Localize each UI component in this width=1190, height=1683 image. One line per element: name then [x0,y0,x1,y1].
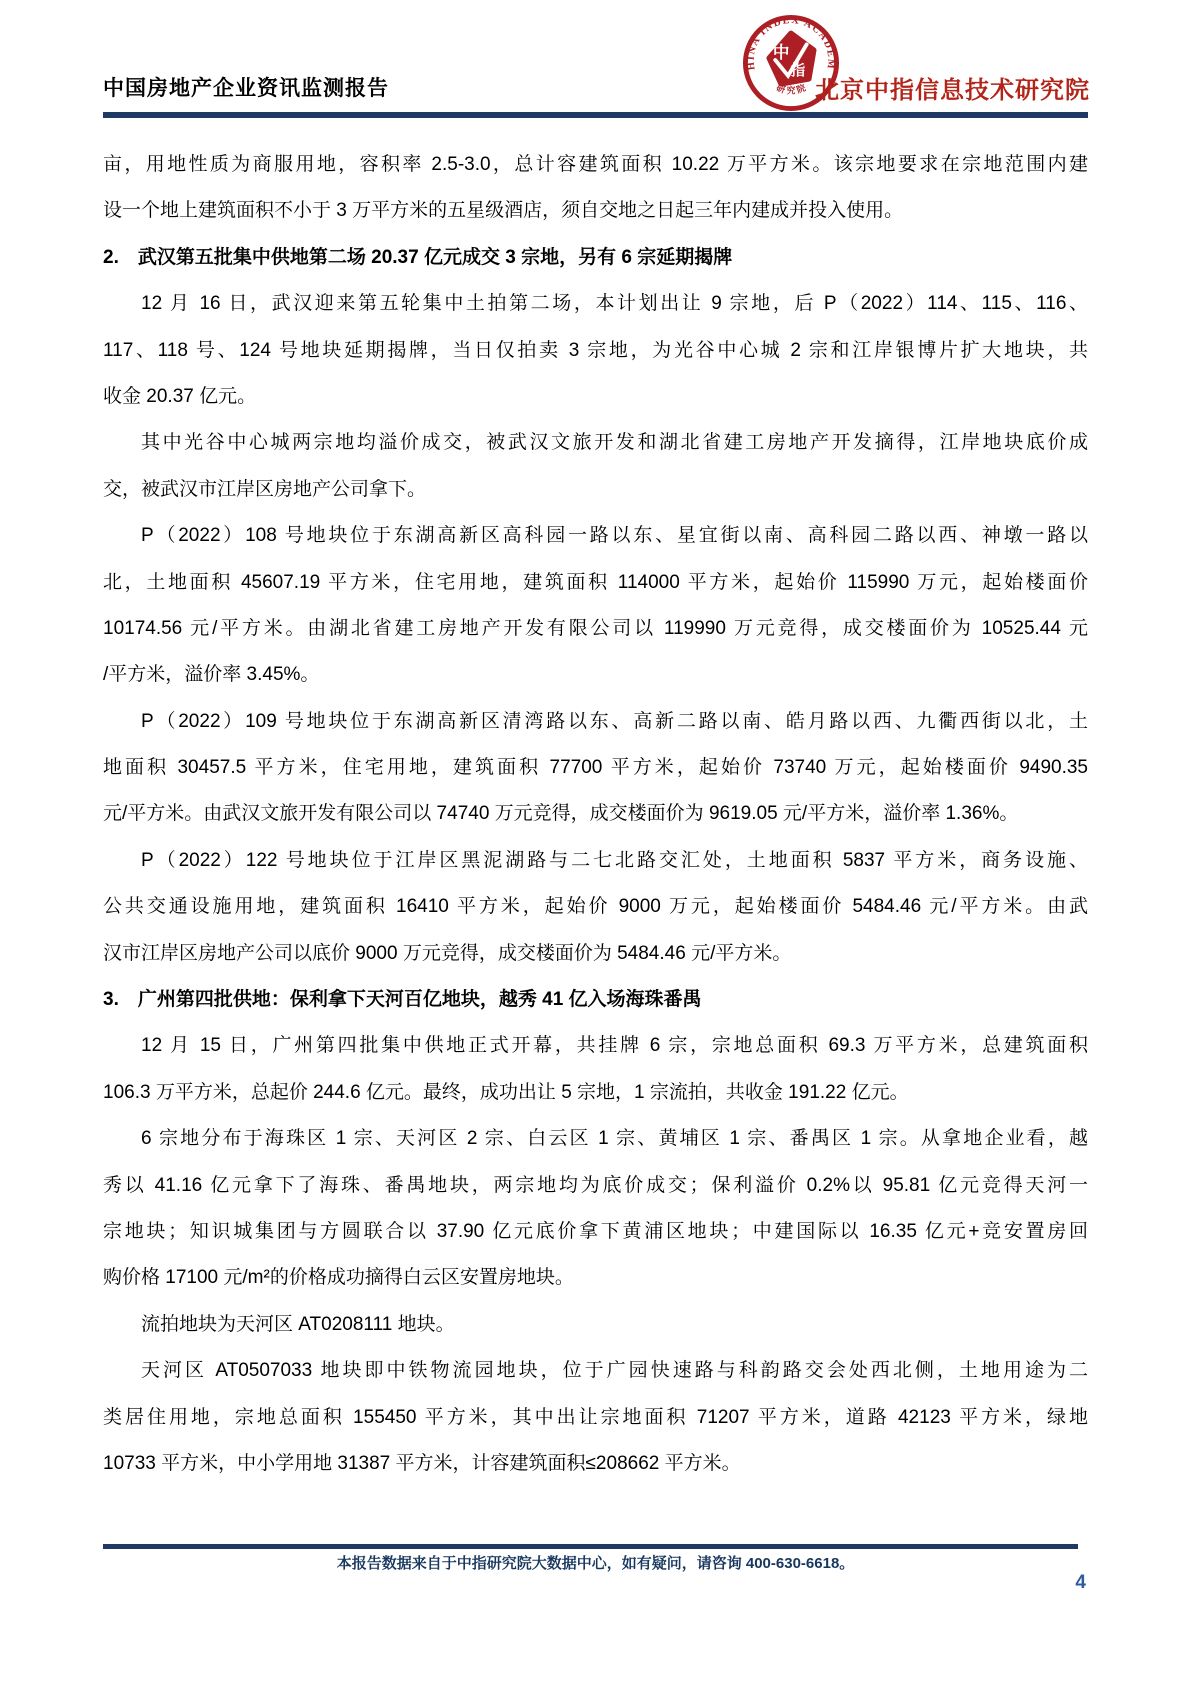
footer-note: 本报告数据来自于中指研究院大数据中心，如有疑问，请咨询 400-630-6618… [103,1552,1088,1573]
text-line: 亩，用地性质为商服用地，容积率 2.5-3.0，总计容建筑面积 10.22 万平… [103,142,1088,188]
paragraph: 12 月 16 日，武汉迎来第五轮集中土拍第二场，本计划出让 9 宗地，后 P（… [103,281,1088,420]
document-body: 亩，用地性质为商服用地，容积率 2.5-3.0，总计容建筑面积 10.22 万平… [103,142,1088,1487]
page-header: 中国房地产企业资讯监测报告 CHINA INDEX ACADEMY 中 指 研 … [0,0,1190,120]
text-line: P（2022）108 号地块位于东湖高新区高科园一路以东、星宜街以南、高科园二路… [103,513,1088,559]
page-number: 4 [1075,1572,1086,1594]
footer-divider [103,1544,1078,1549]
paragraph: 天河区 AT0507033 地块即中铁物流园地块，位于广园快速路与科韵路交会处西… [103,1348,1088,1487]
organization-name: 北京中指信息技术研究院 [815,70,1090,105]
text-line: 3. 广州第四批供地：保利拿下天河百亿地块，越秀 41 亿入场海珠番禺 [103,977,1088,1023]
text-line: 6 宗地分布于海珠区 1 宗、天河区 2 宗、白云区 1 宗、黄埔区 1 宗、番… [103,1116,1088,1162]
seal-char-zhi: 指 [791,62,806,79]
paragraph: P（2022）108 号地块位于东湖高新区高科园一路以东、星宜街以南、高科园二路… [103,513,1088,699]
text-line: 类居住用地，宗地总面积 155450 平方米，其中出让宗地面积 71207 平方… [103,1395,1088,1441]
text-line: 秀以 41.16 亿元拿下了海珠、番禺地块，两宗地均为底价成交；保利溢价 0.2… [103,1163,1088,1209]
text-line: 流拍地块为天河区 AT0208111 地块。 [103,1302,1088,1348]
text-line: 10733 平方米，中小学用地 31387 平方米，计容建筑面积≤208662 … [103,1441,1088,1487]
text-line: 地面积 30457.5 平方米，住宅用地，建筑面积 77700 平方米，起始价 … [103,745,1088,791]
report-title: 中国房地产企业资讯监测报告 [103,72,389,102]
text-line: 117、118 号、124 号地块延期揭牌，当日仅拍卖 3 宗地，为光谷中心城 … [103,328,1088,374]
paragraph: 亩，用地性质为商服用地，容积率 2.5-3.0，总计容建筑面积 10.22 万平… [103,142,1088,235]
text-line: 交，被武汉市江岸区房地产公司拿下。 [103,467,1088,513]
text-line: 收金 20.37 亿元。 [103,374,1088,420]
paragraph: P（2022）122 号地块位于江岸区黑泥湖路与二七北路交汇处，土地面积 583… [103,838,1088,977]
text-line: 106.3 万平方米，总起价 244.6 亿元。最终，成功出让 5 宗地，1 宗… [103,1070,1088,1116]
text-line: P（2022）122 号地块位于江岸区黑泥湖路与二七北路交汇处，土地面积 583… [103,838,1088,884]
text-line: 公共交通设施用地，建筑面积 16410 平方米，起始价 9000 万元，起始楼面… [103,884,1088,930]
paragraph: P（2022）109 号地块位于东湖高新区清湾路以东、高新二路以南、皓月路以西、… [103,699,1088,838]
text-line: /平方米，溢价率 3.45%。 [103,652,1088,698]
text-line: 宗地块；知识城集团与方圆联合以 37.90 亿元底价拿下黄浦区地块；中建国际以 … [103,1209,1088,1255]
text-line: 购价格 17100 元/m²的价格成功摘得白云区安置房地块。 [103,1255,1088,1301]
section-heading: 3. 广州第四批供地：保利拿下天河百亿地块，越秀 41 亿入场海珠番禺 [103,977,1088,1023]
paragraph: 流拍地块为天河区 AT0208111 地块。 [103,1302,1088,1348]
paragraph: 12 月 15 日，广州第四批集中供地正式开幕，共挂牌 6 宗，宗地总面积 69… [103,1023,1088,1116]
text-line: 汉市江岸区房地产公司以底价 9000 万元竞得，成交楼面价为 5484.46 元… [103,931,1088,977]
paragraph: 6 宗地分布于海珠区 1 宗、天河区 2 宗、白云区 1 宗、黄埔区 1 宗、番… [103,1116,1088,1302]
text-line: 10174.56 元/平方米。由湖北省建工房地产开发有限公司以 119990 万… [103,606,1088,652]
text-line: 设一个地上建筑面积不小于 3 万平方米的五星级酒店，须自交地之日起三年内建成并投… [103,188,1088,234]
text-line: 天河区 AT0507033 地块即中铁物流园地块，位于广园快速路与科韵路交会处西… [103,1348,1088,1394]
text-line: 12 月 16 日，武汉迎来第五轮集中土拍第二场，本计划出让 9 宗地，后 P（… [103,281,1088,327]
section-heading: 2. 武汉第五批集中供地第二场 20.37 亿元成交 3 宗地，另有 6 宗延期… [103,235,1088,281]
text-line: P（2022）109 号地块位于东湖高新区清湾路以东、高新二路以南、皓月路以西、… [103,699,1088,745]
text-line: 北，土地面积 45607.19 平方米，住宅用地，建筑面积 114000 平方米… [103,560,1088,606]
paragraph: 其中光谷中心城两宗地均溢价成交，被武汉文旅开发和湖北省建工房地产开发摘得，江岸地… [103,420,1088,513]
text-line: 2. 武汉第五批集中供地第二场 20.37 亿元成交 3 宗地，另有 6 宗延期… [103,235,1088,281]
seal-char-zhong: 中 [773,42,790,62]
header-divider [103,112,1088,118]
text-line: 其中光谷中心城两宗地均溢价成交，被武汉文旅开发和湖北省建工房地产开发摘得，江岸地… [103,420,1088,466]
text-line: 12 月 15 日，广州第四批集中供地正式开幕，共挂牌 6 宗，宗地总面积 69… [103,1023,1088,1069]
text-line: 元/平方米。由武汉文旅开发有限公司以 74740 万元竞得，成交楼面价为 961… [103,791,1088,837]
